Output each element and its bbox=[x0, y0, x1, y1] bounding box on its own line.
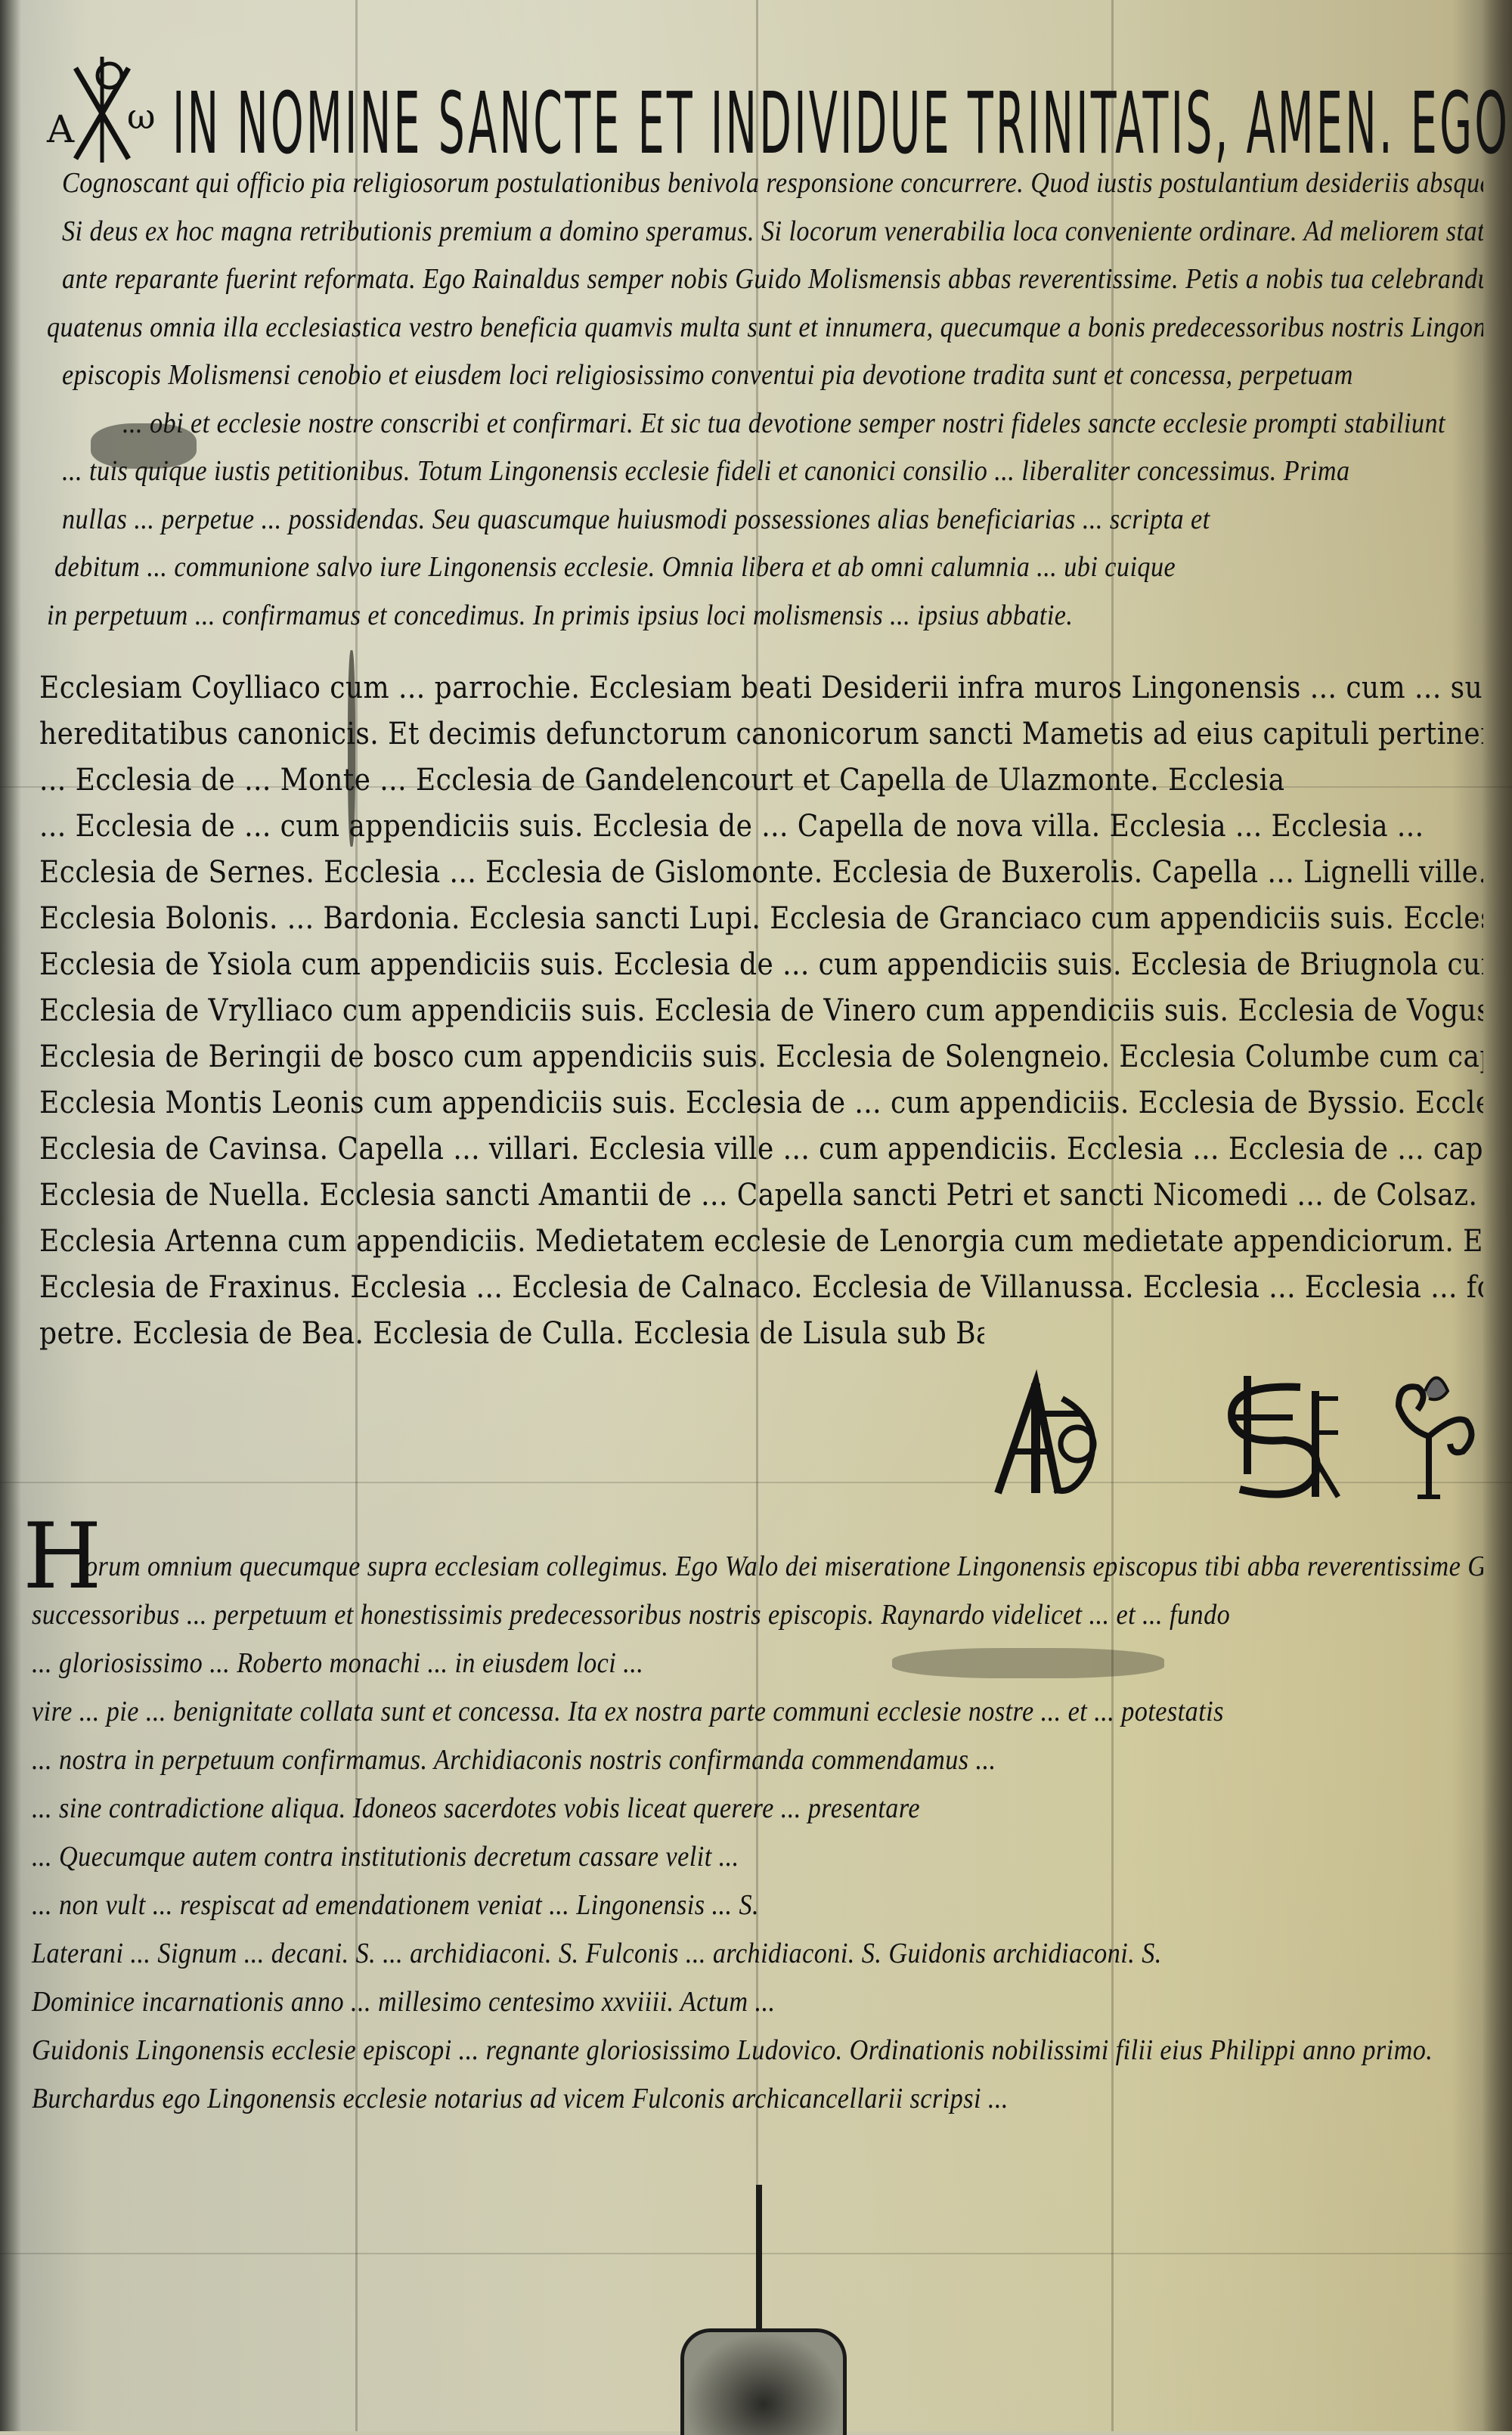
text-line: ... obi et ecclesie nostre conscribi et … bbox=[17, 399, 1483, 448]
text-line: nullas ... perpetue ... possidendas. Seu… bbox=[17, 495, 1483, 544]
text-line: Burchardus ego Lingonensis ecclesie nota… bbox=[17, 2074, 1483, 2123]
heading-text: IN NOMINE SANCTE ET INDIVIDUE TRINITATIS… bbox=[172, 82, 1512, 166]
right-edge-shadow bbox=[1482, 0, 1512, 2431]
text-line: Ecclesia de Nuella. Ecclesia sancti Aman… bbox=[17, 1173, 1483, 1219]
text-line: ... Ecclesia de ... cum appendiciis suis… bbox=[17, 804, 1483, 850]
svg-text:A: A bbox=[46, 107, 75, 151]
text-line: ... nostra in perpetuum confirmamus. Arc… bbox=[17, 1736, 1483, 1784]
fleur-monogram-icon bbox=[1383, 1368, 1482, 1504]
monogram-ae-icon bbox=[990, 1368, 1111, 1504]
text-line: hereditatibus canonicis. Et decimis defu… bbox=[17, 711, 1483, 757]
text-line: Cognoscant qui officio pia religiosorum … bbox=[17, 159, 1483, 207]
text-line: ... sine contradictione aliqua. Idoneos … bbox=[17, 1784, 1483, 1832]
text-line: ... Quecumque autem contra institutionis… bbox=[17, 1832, 1483, 1881]
text-line: Ecclesia de Vrylliaco cum appendiciis su… bbox=[17, 988, 1483, 1034]
text-line: Ecclesia Montis Leonis cum appendiciis s… bbox=[17, 1080, 1483, 1126]
text-line: Ecclesia Artenna cum appendiciis. Mediet… bbox=[17, 1219, 1483, 1265]
text-line: orum omnium quecumque supra ecclesiam co… bbox=[17, 1542, 1483, 1591]
disposition-block: orum omnium quecumque supra ecclesiam co… bbox=[17, 1542, 1483, 2123]
text-line: Ecclesia de Beringii de bosco cum append… bbox=[17, 1034, 1483, 1080]
monogram-sre-icon bbox=[1210, 1368, 1346, 1504]
text-line: ... Ecclesia de ... Monte ... Ecclesia d… bbox=[17, 757, 1483, 804]
parchment-sheet: A ω IN NOMINE SANCTE ET INDIVIDUE TRINIT… bbox=[0, 0, 1512, 2431]
text-line: Si deus ex hoc magna retributionis premi… bbox=[17, 207, 1483, 256]
text-line: ante reparante fuerint reformata. Ego Ra… bbox=[17, 255, 1483, 303]
ink-stain bbox=[892, 1648, 1164, 1678]
text-line: Laterani ... Signum ... decani. S. ... a… bbox=[17, 1929, 1483, 1978]
chrismon-icon: A ω bbox=[45, 53, 159, 166]
text-line: Dominice incarnationis anno ... millesim… bbox=[17, 1978, 1483, 2026]
text-line: Guidonis Lingonensis ecclesie episcopi .… bbox=[17, 2026, 1483, 2074]
text-line: Ecclesia de Fraxinus. Ecclesia ... Eccle… bbox=[17, 1265, 1483, 1311]
text-line: debitum ... communione salvo iure Lingon… bbox=[17, 543, 1483, 591]
svg-text:ω: ω bbox=[127, 96, 156, 137]
text-line: petre. Ecclesia de Bea. Ecclesia de Cull… bbox=[17, 1311, 984, 1357]
text-line: episcopis Molismensi cenobio et eiusdem … bbox=[17, 351, 1483, 399]
text-line: Ecclesiam Coylliaco cum ... parrochie. E… bbox=[17, 665, 1483, 711]
text-line: Ecclesia de Sernes. Ecclesia ... Ecclesi… bbox=[17, 850, 1483, 896]
text-line: Ecclesia de Cavinsa. Capella ... villari… bbox=[17, 1126, 1483, 1173]
crack-line bbox=[348, 650, 355, 847]
seal-tag bbox=[680, 2328, 847, 2431]
church-list-block: Ecclesiam Coylliaco cum ... parrochie. E… bbox=[17, 665, 1483, 1357]
text-line: quatenus omnia illa ecclesiastica vestro… bbox=[17, 303, 1483, 352]
seal-cord bbox=[756, 2185, 762, 2336]
text-line: ... non vult ... respiscat ad emendation… bbox=[17, 1881, 1483, 1929]
charter-heading: A ω IN NOMINE SANCTE ET INDIVIDUE TRINIT… bbox=[45, 53, 1482, 166]
text-line: ... tuis quique iustis petitionibus. Tot… bbox=[17, 447, 1483, 495]
text-line: Ecclesia Bolonis. ... Bardonia. Ecclesia… bbox=[17, 896, 1483, 942]
text-line: vire ... pie ... benignitate collata sun… bbox=[17, 1687, 1483, 1736]
text-line: Ecclesia de Ysiola cum appendiciis suis.… bbox=[17, 942, 1483, 988]
text-line: ... gloriosissimo ... Roberto monachi ..… bbox=[17, 1639, 1483, 1687]
text-line: in perpetuum ... confirmamus et concedim… bbox=[17, 591, 1483, 640]
text-line: successoribus ... perpetuum et honestiss… bbox=[17, 1591, 1483, 1639]
ink-stain bbox=[91, 423, 197, 469]
preamble-block: Cognoscant qui officio pia religiosorum … bbox=[17, 159, 1483, 639]
